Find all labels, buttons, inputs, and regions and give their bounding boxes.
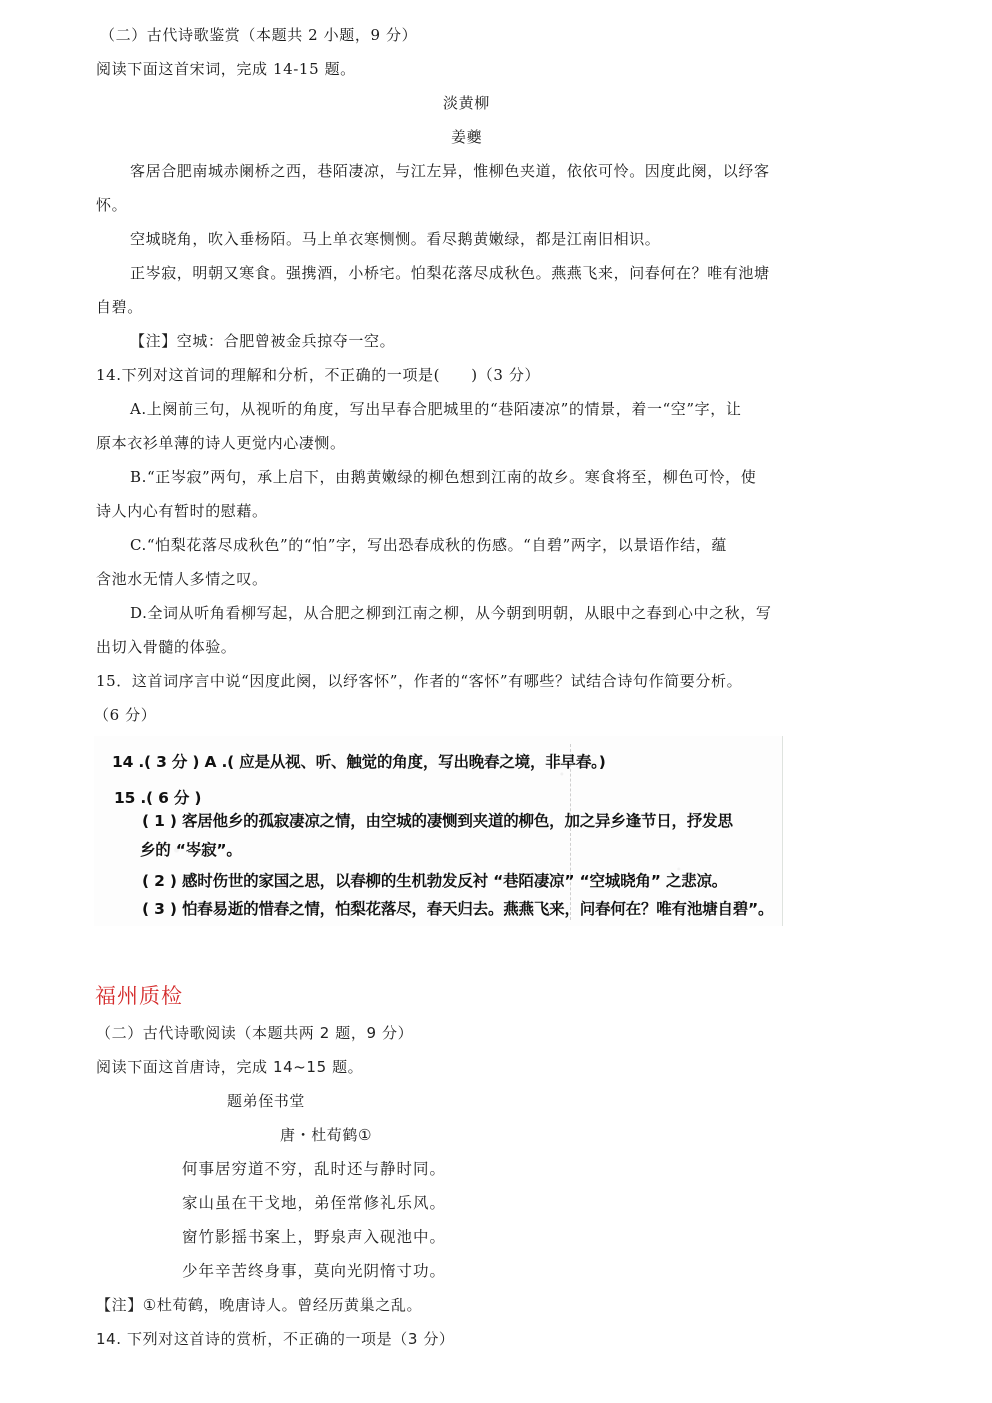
poem-author: 唐・杜荀鹤① — [280, 1125, 372, 1145]
instruction: 阅读下面这首唐诗，完成 14~15 题。 — [96, 1057, 363, 1077]
question-14-stem: 14. 下列对这首诗的赏析，不正确的一项是（3 分） — [96, 1329, 455, 1349]
option-b-cont: 诗人内心有暂时的慰藉。 — [96, 501, 268, 521]
section-header: （二）古代诗歌阅读（本题共两 2 题，9 分） — [96, 1023, 413, 1043]
option-d: D.全词从听角看柳写起，从合肥之柳到江南之柳，从今朝到明朝，从眼中之春到心中之秋… — [130, 603, 771, 623]
answer-15-point-1: ( 1 ) 客居他乡的孤寂凄凉之情，由空城的凄恻到夹道的柳色，加之异乡逢节日，抒… — [142, 811, 733, 831]
poem-line-4: 少年辛苦终身事，莫向光阴惰寸功。 — [182, 1261, 446, 1281]
poem-line-2: 家山虽在干戈地，弟侄常修礼乐风。 — [182, 1193, 446, 1213]
poem-stanza-2: 正岑寂，明朝又寒食。强携酒，小桥宅。怕梨花落尽成秋色。燕燕飞来，问春何在？唯有池… — [130, 263, 770, 283]
poem-preface: 客居合肥南城赤阑桥之西，巷陌凄凉，与江左异，惟柳色夹道，依依可怜。因度此阕，以纾… — [130, 161, 770, 181]
section-title-fuzhou: 福州质检 — [95, 983, 183, 1009]
poem-note: 【注】①杜荀鹤，晚唐诗人。曾经历黄巢之乱。 — [96, 1295, 422, 1315]
poem-note: 【注】空城：合肥曾被金兵掠夺一空。 — [130, 331, 395, 351]
option-a-cont: 原本衣衫单薄的诗人更觉内心凄恻。 — [96, 433, 346, 453]
poem-preface-cont: 怀。 — [96, 195, 127, 215]
poem-author: 姜夔 — [451, 127, 482, 147]
section-header: （二）古代诗歌鉴赏（本题共 2 小题，9 分） — [100, 25, 417, 45]
poem-stanza-1: 空城晓角，吹入垂杨陌。马上单衣寒恻恻。看尽鹅黄嫩绿，都是江南旧相识。 — [130, 229, 660, 249]
option-d-cont: 出切入骨髓的体验。 — [96, 637, 236, 657]
answer-15-point-1-cont: 乡的 “岑寂”。 — [140, 840, 242, 860]
poem-title: 淡黄柳 — [443, 93, 490, 113]
poem-title: 题弟侄书堂 — [227, 1091, 305, 1111]
option-a: A.上阕前三句，从视听的角度，写出早春合肥城里的“巷陌凄凉”的情景，着一“空”字… — [130, 399, 741, 419]
answer-14: 14 .( 3 分 ) A .( 应是从视、听、触觉的角度，写出晚春之境，非早春… — [112, 752, 606, 772]
answer-15-point-3: ( 3 ) 怕春易逝的惜春之情，怕梨花落尽，春天归去。燕燕飞来，问春何在？唯有池… — [142, 899, 773, 919]
question-15-stem: 15．这首词序言中说“因度此阕，以纾客怀”，作者的“客怀”有哪些？试结合诗句作简… — [96, 671, 742, 691]
option-b: B.“正岑寂”两句，承上启下，由鹅黄嫩绿的柳色想到江南的故乡。寒食将至，柳色可怜… — [130, 467, 756, 487]
poem-stanza-2-cont: 自碧。 — [96, 297, 143, 317]
question-14-stem: 14.下列对这首词的理解和分析，不正确的一项是( )（3 分） — [96, 365, 540, 385]
answer-15-header: 15 .( 6 分 ) — [114, 788, 201, 808]
poem-line-3: 窗竹影摇书案上，野泉声入砚池中。 — [182, 1227, 446, 1247]
poem-line-1: 何事居穷道不穷，乱时还与静时同。 — [182, 1159, 446, 1179]
answer-15-point-2: ( 2 ) 感时伤世的家国之思，以春柳的生机勃发反衬 “巷陌凄凉” “空城晓角”… — [142, 871, 727, 891]
answer-key-scan-image: 14 .( 3 分 ) A .( 应是从视、听、触觉的角度，写出晚春之境，非早春… — [94, 736, 783, 926]
instruction: 阅读下面这首宋词，完成 14-15 题。 — [96, 59, 356, 79]
option-c-cont: 含池水无情人多情之叹。 — [96, 569, 268, 589]
option-c: C.“怕梨花落尽成秋色”的“怕”字，写出恐春成秋的伤感。“自碧”两字，以景语作结… — [130, 535, 727, 555]
question-15-score: （6 分） — [94, 705, 156, 725]
